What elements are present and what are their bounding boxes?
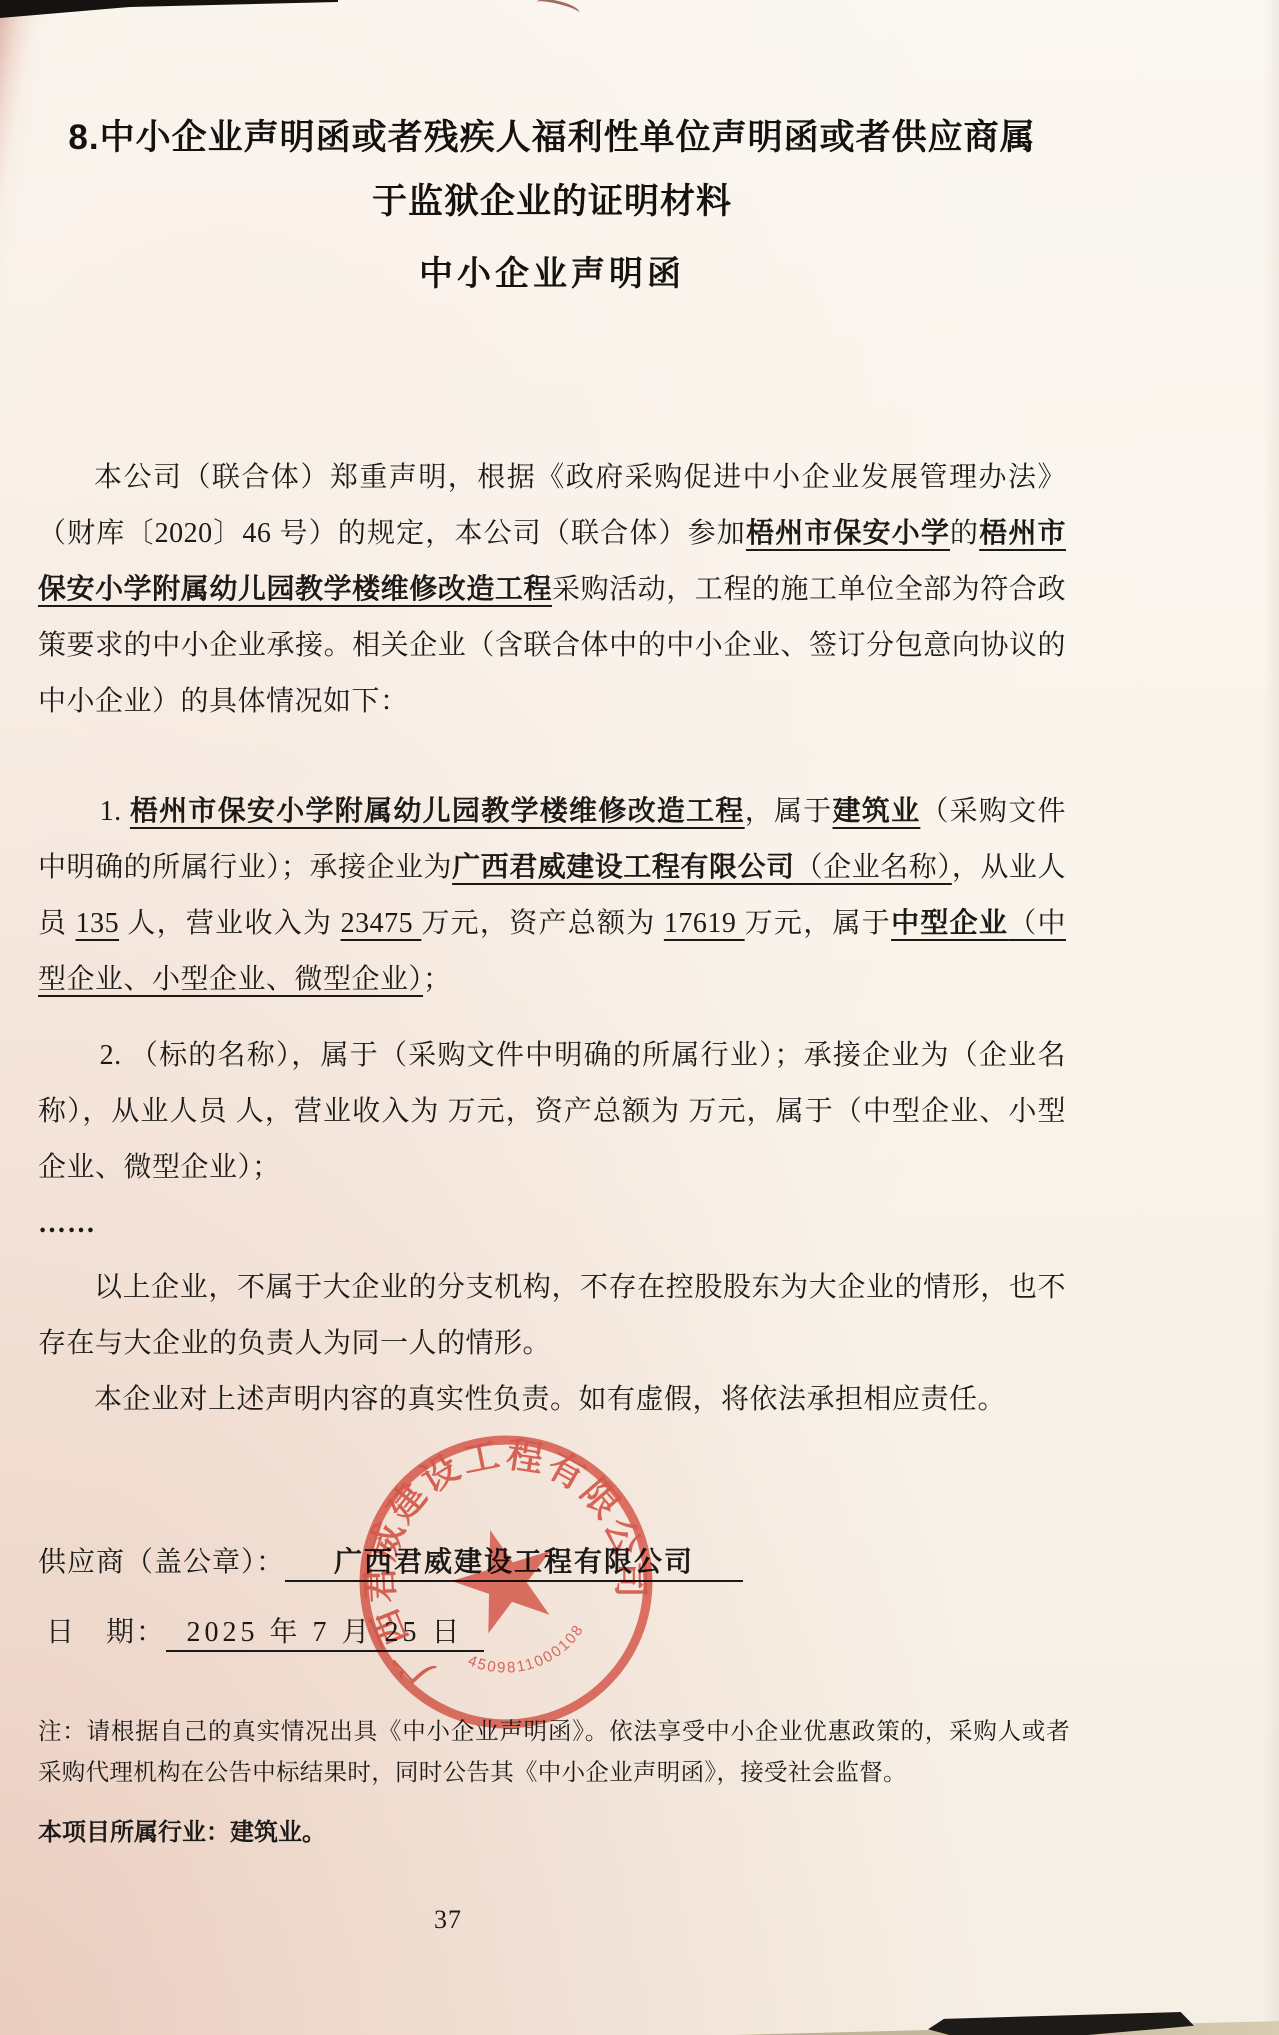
company-seal-stamp: 广西君威建设工程有限公司 4509811000108	[350, 1426, 662, 1738]
document-title: 8.中小企业声明函或者残疾人福利性单位声明函或者供应商属 于监狱企业的证明材料	[38, 106, 1066, 234]
scan-artifact-red-mark	[535, 0, 581, 19]
paragraph-item-2-template: 2. （标的名称），属于（采购文件中明确的所属行业）；承接企业为（企业名称），从…	[38, 1028, 1066, 1196]
document-title-line2: 于监狱企业的证明材料	[372, 182, 732, 221]
footnote: 注：请根据自己的真实情况出具《中小企业声明函》。依法享受中小企业优惠政策的，采购…	[38, 1712, 1070, 1794]
paragraph-item-1: 1. 梧州市保安小学附属幼儿园教学楼维修改造工程，属于建筑业（采购文件中明确的所…	[38, 784, 1066, 1008]
document-page: 8.中小企业声明函或者残疾人福利性单位声明函或者供应商属 于监狱企业的证明材料 …	[0, 0, 1279, 2035]
paragraph-no-large-enterprise: 以上企业，不属于大企业的分支机构，不存在控股股东为大企业的情形，也不存在与大企业…	[38, 1260, 1066, 1372]
letter-body: 本公司（联合体）郑重声明，根据《政府采购促进中小企业发展管理办法》（财库〔202…	[38, 450, 1066, 1428]
scan-shadow-right	[1263, 0, 1279, 2035]
date-label: 日 期：	[46, 1617, 166, 1648]
supplier-label: 供应商（盖公章）：	[38, 1547, 285, 1578]
page-number: 37	[38, 1905, 858, 1935]
letter-title: 中小企业声明函	[38, 246, 1066, 295]
svg-text:4509811000108: 4509811000108	[461, 1618, 594, 1691]
seal-serial-number: 4509811000108	[461, 1618, 594, 1691]
paragraph-responsibility: 本企业对上述声明内容的真实性负责。如有虚假，将依法承担相应责任。	[38, 1372, 1066, 1428]
document-title-line1: 8.中小企业声明函或者残疾人福利性单位声明函或者供应商属	[68, 118, 1035, 157]
seal-star-icon	[441, 1515, 569, 1639]
paragraph-declaration: 本公司（联合体）郑重声明，根据《政府采购促进中小企业发展管理办法》（财库〔202…	[38, 450, 1066, 730]
industry-line: 本项目所属行业：建筑业。	[38, 1812, 1070, 1847]
ellipsis-line: ……	[38, 1196, 1066, 1252]
